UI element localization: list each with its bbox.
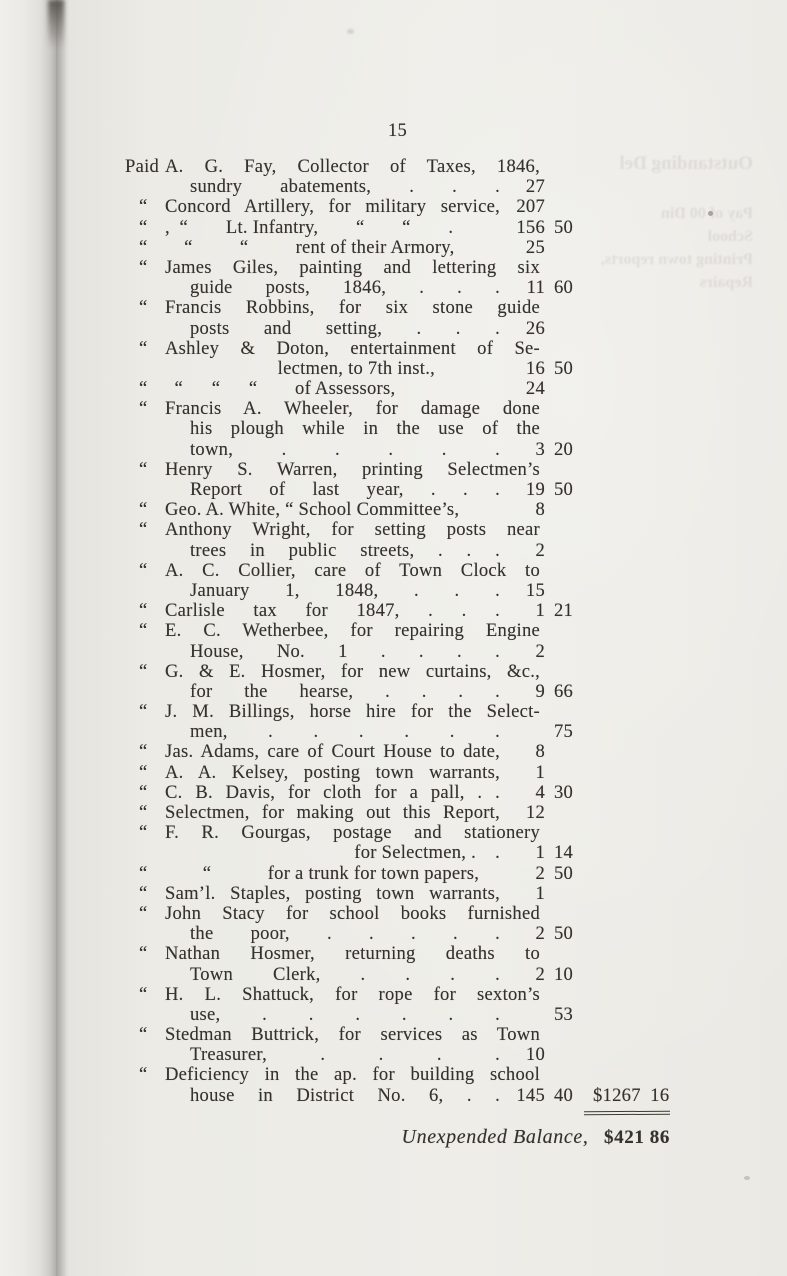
ledger-row: use, . . . . . .53 [125, 1005, 670, 1025]
amount-dollars: 1 [500, 763, 545, 783]
total-rule [584, 1111, 670, 1116]
entry-text: guide posts, 1846, . . . [165, 278, 500, 298]
ledger-row: “Ashley & Doton, entertainment of Se- [125, 339, 670, 359]
entry-text: Anthony Wright, for setting posts near [165, 520, 540, 540]
amount-dollars: 16 [500, 359, 545, 379]
entry-text: James Giles, painting and lettering six [165, 258, 540, 278]
amount-cents: 21 [545, 601, 580, 621]
entry-text: lectmen, to 7th inst., [165, 359, 500, 379]
entry-text: Selectmen, for making out this Report, [165, 803, 500, 823]
amount-dollars: 12 [500, 803, 545, 823]
ledger-row: “Francis Robbins, for six stone guide [125, 298, 670, 318]
ledger-row: “James Giles, painting and lettering six [125, 258, 670, 278]
ledger-row: house in District No. 6, . .14540$1267 1… [125, 1086, 670, 1106]
ledger-row: “A. A. Kelsey, posting town warrants,1 [125, 763, 670, 783]
ditto-mark: “ [125, 460, 165, 480]
entry-text: Geo. A. White, “ School Committee’s, [165, 500, 500, 520]
ledger-row: House, No. 1 . . . .2 [125, 642, 670, 662]
ledger-row: men, . . . . . .75 [125, 722, 670, 742]
entry-text: Ashley & Doton, entertainment of Se- [165, 339, 540, 359]
unexpended-balance-amount: $421 86 [604, 1127, 670, 1148]
entry-text: house in District No. 6, . . [165, 1086, 500, 1106]
ditto-mark: “ [125, 763, 165, 783]
entry-text: Report of last year, . . . [165, 480, 500, 500]
ledger-row: town, . . . . .320 [125, 440, 670, 460]
ditto-mark: “ [125, 904, 165, 924]
ledger-row: “F. R. Gourgas, postage and stationery [125, 823, 670, 843]
entry-text: H. L. Shattuck, for rope for sexton’s [165, 985, 540, 1005]
ledger-row: “Stedman Buttrick, for services as Town [125, 1025, 670, 1045]
ditto-mark: “ [125, 258, 165, 278]
entry-text: Stedman Buttrick, for services as Town [165, 1025, 540, 1045]
ditto-mark: “ [125, 1025, 165, 1045]
ledger-row: “Francis A. Wheeler, for damage done [125, 399, 670, 419]
ditto-mark: “ [125, 298, 165, 318]
entry-text: Carlisle tax for 1847, . . . [165, 601, 500, 621]
entry-text: F. R. Gourgas, postage and stationery [165, 823, 540, 843]
ditto-mark: “ [125, 218, 165, 238]
amount-dollars: 9 [500, 682, 545, 702]
ledger-row: “John Stacy for school books furnished [125, 904, 670, 924]
ledger-row: “ “ “ rent of their Armory,25 [125, 238, 670, 258]
amount-cents: 14 [545, 843, 580, 863]
ledger-row: “Sam’l. Staples, posting town warrants,1 [125, 884, 670, 904]
amount-cents: 50 [545, 924, 580, 944]
entry-text: A. G. Fay, Collector of Taxes, 1846, [165, 157, 540, 177]
ditto-mark: “ [125, 621, 165, 641]
ledger-row: Report of last year, . . .1950 [125, 480, 670, 500]
ditto-mark: “ [125, 197, 165, 217]
crease-top-shadow [48, 0, 64, 48]
entry-text: Sam’l. Staples, posting town warrants, [165, 884, 500, 904]
ink-speck [708, 211, 713, 216]
entry-text: E. C. Wetherbee, for repairing Engine [165, 621, 540, 641]
amount-cents: 40 [545, 1086, 580, 1106]
entry-text: C. B. Davis, for cloth for a pall, . . [165, 783, 500, 803]
ledger-row: guide posts, 1846, . . .1160 [125, 278, 670, 298]
amount-dollars: 1 [500, 601, 545, 621]
amount-dollars: 8 [500, 742, 545, 762]
entry-text: Jas. Adams, care of Court House to date, [165, 742, 500, 762]
ledger-row: “Anthony Wright, for setting posts near [125, 520, 670, 540]
amount-dollars: 27 [500, 177, 545, 197]
amount-cents: 50 [545, 359, 580, 379]
entry-text: “ “ rent of their Armory, [165, 238, 500, 258]
ditto-mark: “ [125, 500, 165, 520]
entry-text: sundry abatements, . . . [165, 177, 500, 197]
ledger-row: “Henry S. Warren, printing Selectmen’s [125, 460, 670, 480]
amount-cents: 20 [545, 440, 580, 460]
ledger-row: “E. C. Wetherbee, for repairing Engine [125, 621, 670, 641]
amount-dollars: 2 [500, 541, 545, 561]
entry-text: for the hearse, . . . . [165, 682, 500, 702]
amount-cents: 60 [545, 278, 580, 298]
amount-dollars: 1 [500, 843, 545, 863]
amount-dollars: 10 [500, 1045, 545, 1065]
amount-cents: 50 [545, 864, 580, 884]
ditto-mark: “ [125, 1065, 165, 1085]
ditto-mark: “ [125, 742, 165, 762]
ledger-row: “Deficiency in the ap. for building scho… [125, 1065, 670, 1085]
ledger-row: posts and setting, . . .26 [125, 319, 670, 339]
ditto-mark: “ [125, 884, 165, 904]
entry-text: , “ Lt. Infantry, “ “ . [165, 218, 500, 238]
ditto-mark: “ [125, 662, 165, 682]
entry-text: A. C. Collier, care of Town Clock to [165, 561, 540, 581]
unexpended-balance: Unexpended Balance, $421 86 [125, 1126, 670, 1149]
entry-text: “ for a trunk for town papers, [165, 864, 500, 884]
ledger-row: “H. L. Shattuck, for rope for sexton’s [125, 985, 670, 1005]
ledger-row: “Jas. Adams, care of Court House to date… [125, 742, 670, 762]
entry-text: Henry S. Warren, printing Selectmen’s [165, 460, 540, 480]
ledger-row: “Carlisle tax for 1847, . . .121 [125, 601, 670, 621]
ditto-mark: “ [125, 520, 165, 540]
amount-dollars: 2 [500, 965, 545, 985]
amount-dollars: 11 [500, 278, 545, 298]
ledger-row: Treasurer, . . . .10 [125, 1045, 670, 1065]
entry-text: January 1, 1848, . . . [165, 581, 500, 601]
paper-blemish [347, 29, 354, 34]
amount-dollars: 24 [500, 379, 545, 399]
amount-dollars: 2 [500, 864, 545, 884]
entry-text: for Selectmen, . . [165, 843, 500, 863]
amount-dollars: 207 [500, 197, 545, 217]
amount-total: $1267 16 [580, 1086, 670, 1106]
amount-dollars: 4 [500, 783, 545, 803]
ledger-row: “C. B. Davis, for cloth for a pall, . .4… [125, 783, 670, 803]
ledger-row: the poor, . . . . .250 [125, 924, 670, 944]
entry-text: G. & E. Hosmer, for new curtains, &c., [165, 662, 540, 682]
ink-speck [744, 1176, 750, 1180]
left-page-edge [0, 0, 56, 1276]
entry-text: his plough while in the use of the [165, 419, 540, 439]
amount-dollars: 145 [500, 1086, 545, 1106]
amount-dollars: 2 [500, 642, 545, 662]
ledger-row: “Selectmen, for making out this Report,1… [125, 803, 670, 823]
amount-cents: 50 [545, 480, 580, 500]
amount-cents: 66 [545, 682, 580, 702]
amount-cents: 10 [545, 965, 580, 985]
entry-text: posts and setting, . . . [165, 319, 500, 339]
entry-text: J. M. Billings, horse hire for the Selec… [165, 702, 540, 722]
ledger-page: 15 PaidA. G. Fay, Collector of Taxes, 18… [125, 120, 670, 1149]
entry-text: Nathan Hosmer, returning deaths to [165, 944, 540, 964]
ditto-mark: “ [125, 561, 165, 581]
entry-text: men, . . . . . . [165, 722, 500, 742]
entry-text: Treasurer, . . . . [165, 1045, 500, 1065]
amount-dollars: 25 [500, 238, 545, 258]
amount-cents: 75 [545, 722, 580, 742]
amount-cents: 50 [545, 218, 580, 238]
entry-text: House, No. 1 . . . . [165, 642, 500, 662]
ledger-row: Town Clerk, . . . .210 [125, 965, 670, 985]
entry-text: A. A. Kelsey, posting town warrants, [165, 763, 500, 783]
ditto-mark: “ [125, 399, 165, 419]
entry-text: John Stacy for school books furnished [165, 904, 540, 924]
unexpended-balance-label: Unexpended Balance, [402, 1126, 589, 1148]
ledger-row: PaidA. G. Fay, Collector of Taxes, 1846, [125, 157, 670, 177]
ditto-mark: “ [125, 783, 165, 803]
amount-cents: 53 [545, 1005, 580, 1025]
paid-label: Paid [125, 157, 165, 177]
ledger-row: for the hearse, . . . .966 [125, 682, 670, 702]
entry-text: town, . . . . . [165, 440, 500, 460]
entry-text: Francis A. Wheeler, for damage done [165, 399, 540, 419]
ledger-row: sundry abatements, . . .27 [125, 177, 670, 197]
entry-text: use, . . . . . . [165, 1005, 500, 1025]
ledger-row: “G. & E. Hosmer, for new curtains, &c., [125, 662, 670, 682]
ledger-row: “A. C. Collier, care of Town Clock to [125, 561, 670, 581]
amount-dollars: 19 [500, 480, 545, 500]
ledger-row: “J. M. Billings, horse hire for the Sele… [125, 702, 670, 722]
amount-dollars: 26 [500, 319, 545, 339]
ledger-row: “Geo. A. White, “ School Committee’s,8 [125, 500, 670, 520]
ditto-mark: “ [125, 985, 165, 1005]
entry-text: the poor, . . . . . [165, 924, 500, 944]
ditto-mark: “ [125, 238, 165, 258]
entry-text: Concord Artillery, for military service, [165, 197, 500, 217]
amount-dollars: 1 [500, 884, 545, 904]
ditto-mark: “ [125, 944, 165, 964]
ditto-mark: “ [125, 379, 165, 399]
page-number: 15 [125, 120, 670, 142]
ledger-row: for Selectmen, . .114 [125, 843, 670, 863]
ledger-row: “ “ “ “ of Assessors,24 [125, 379, 670, 399]
amount-dollars: 2 [500, 924, 545, 944]
entry-text: Deficiency in the ap. for building schoo… [165, 1065, 540, 1085]
ledger: PaidA. G. Fay, Collector of Taxes, 1846,… [125, 157, 670, 1106]
ledger-row: January 1, 1848, . . .15 [125, 581, 670, 601]
amount-dollars: 3 [500, 440, 545, 460]
ditto-mark: “ [125, 864, 165, 884]
amount-cents: 30 [545, 783, 580, 803]
entry-text: trees in public streets, . . . [165, 541, 500, 561]
ledger-row: trees in public streets, . . .2 [125, 541, 670, 561]
page-crease [56, 0, 70, 1276]
entry-text: “ “ “ of Assessors, [165, 379, 500, 399]
ledger-row: “ “ for a trunk for town papers,250 [125, 864, 670, 884]
ledger-row: his plough while in the use of the [125, 419, 670, 439]
ledger-row: lectmen, to 7th inst.,1650 [125, 359, 670, 379]
ledger-row: “Nathan Hosmer, returning deaths to [125, 944, 670, 964]
ditto-mark: “ [125, 702, 165, 722]
entry-text: Francis Robbins, for six stone guide [165, 298, 540, 318]
amount-dollars: 8 [500, 500, 545, 520]
entry-text: Town Clerk, . . . . [165, 965, 500, 985]
ditto-mark: “ [125, 601, 165, 621]
ditto-mark: “ [125, 339, 165, 359]
amount-dollars: 156 [500, 218, 545, 238]
ledger-row: “, “ Lt. Infantry, “ “ .15650 [125, 218, 670, 238]
amount-dollars: 15 [500, 581, 545, 601]
ledger-row: “Concord Artillery, for military service… [125, 197, 670, 217]
ditto-mark: “ [125, 823, 165, 843]
ditto-mark: “ [125, 803, 165, 823]
